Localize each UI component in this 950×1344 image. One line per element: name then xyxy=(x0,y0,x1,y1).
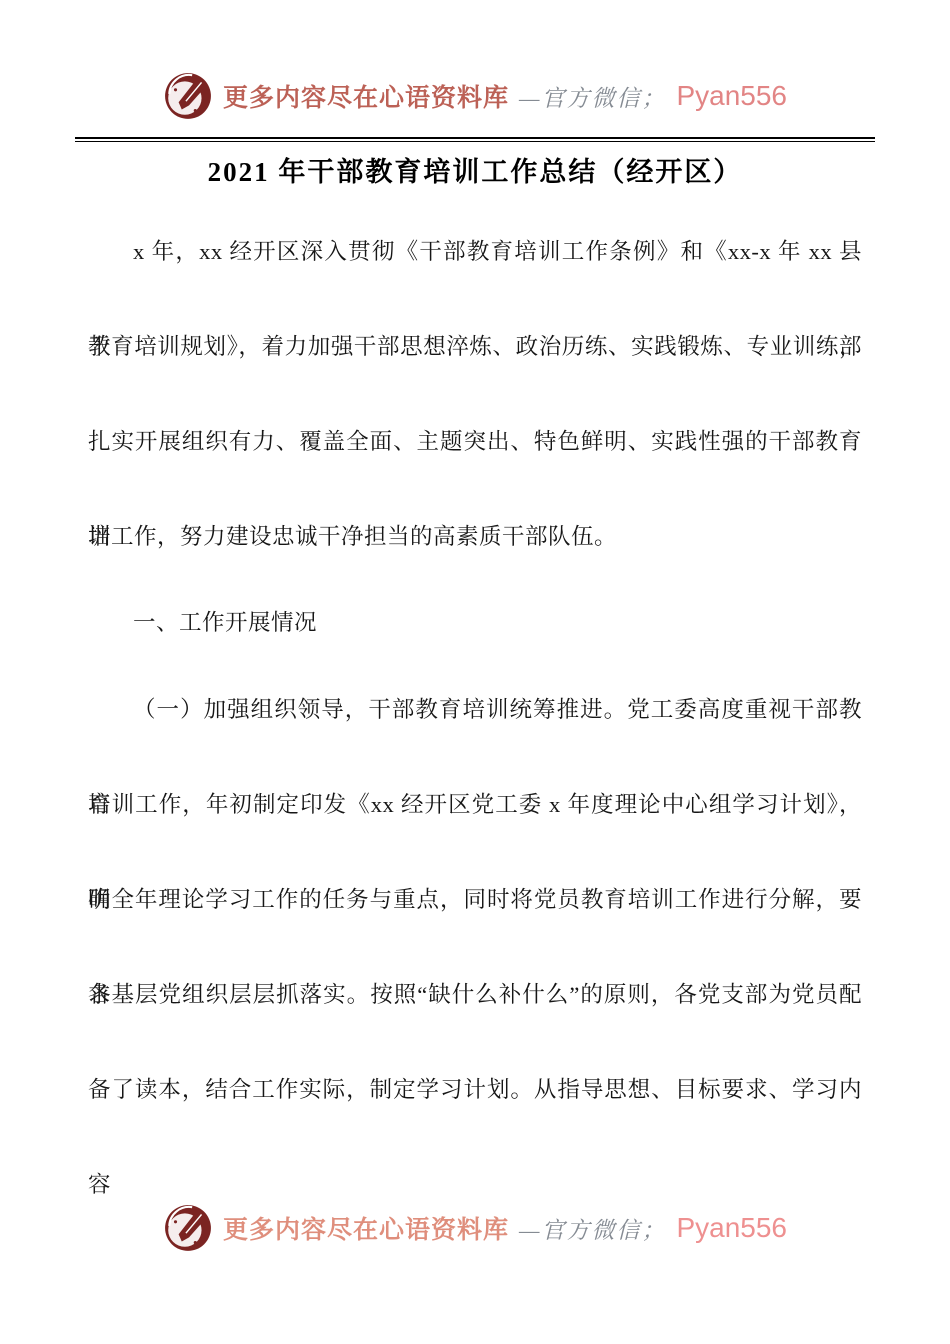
body-line: 确全年理论学习工作的任务与重点，同时将党员教育培训工作进行分解，要求 xyxy=(88,852,862,947)
header-wechat-label: —官方微信； xyxy=(519,80,666,113)
footer-wechat-label: —官方微信； xyxy=(519,1212,666,1245)
header-wechat-account: Pyan556 xyxy=(676,80,787,112)
footer-watermark: 更多内容尽在心语资料库—官方微信；Pyan556 xyxy=(0,1198,950,1258)
header-brand-text: 更多内容尽在心语资料库 xyxy=(223,78,509,114)
section-heading: 一、工作开展情况 xyxy=(88,584,862,662)
body-line: 培训工作，年初制定印发《xx 经开区党工委 x 年度理论中心组学习计划》，明 xyxy=(88,757,862,852)
body-line: 扎实开展组织有力、覆盖全面、主题突出、特色鲜明、实践性强的干部教育培 xyxy=(88,394,862,489)
header-watermark: 更多内容尽在心语资料库—官方微信；Pyan556 xyxy=(0,66,950,126)
brand-pen-logo-icon xyxy=(163,71,213,121)
header-divider-line xyxy=(75,137,875,142)
document-title: 2021 年干部教育培训工作总结（经开区） xyxy=(0,150,950,189)
document-page: 更多内容尽在心语资料库—官方微信；Pyan556 2021 年干部教育培训工作总… xyxy=(0,0,950,1344)
document-body: x 年，xx 经开区深入贯彻《干部教育培训工作条例》和《xx-x 年 xx 县干… xyxy=(88,204,862,1137)
footer-brand-text: 更多内容尽在心语资料库 xyxy=(223,1210,509,1246)
footer-wechat-account: Pyan556 xyxy=(676,1212,787,1244)
body-line: 教育培训规划》，着力加强干部思想淬炼、政治历练、实践锻炼、专业训练， xyxy=(88,299,862,394)
body-line: （一）加强组织领导，干部教育培训统筹推进。党工委高度重视干部教育 xyxy=(88,662,862,757)
body-line: 训工作，努力建设忠诚干净担当的高素质干部队伍。 xyxy=(88,489,862,584)
body-line: 各基层党组织层层抓落实。按照“缺什么补什么”的原则，各党支部为党员配 xyxy=(88,947,862,1042)
brand-pen-logo-icon xyxy=(163,1203,213,1253)
body-line: x 年，xx 经开区深入贯彻《干部教育培训工作条例》和《xx-x 年 xx 县干… xyxy=(88,204,862,299)
body-line: 备了读本，结合工作实际，制定学习计划。从指导思想、目标要求、学习内容 xyxy=(88,1042,862,1137)
